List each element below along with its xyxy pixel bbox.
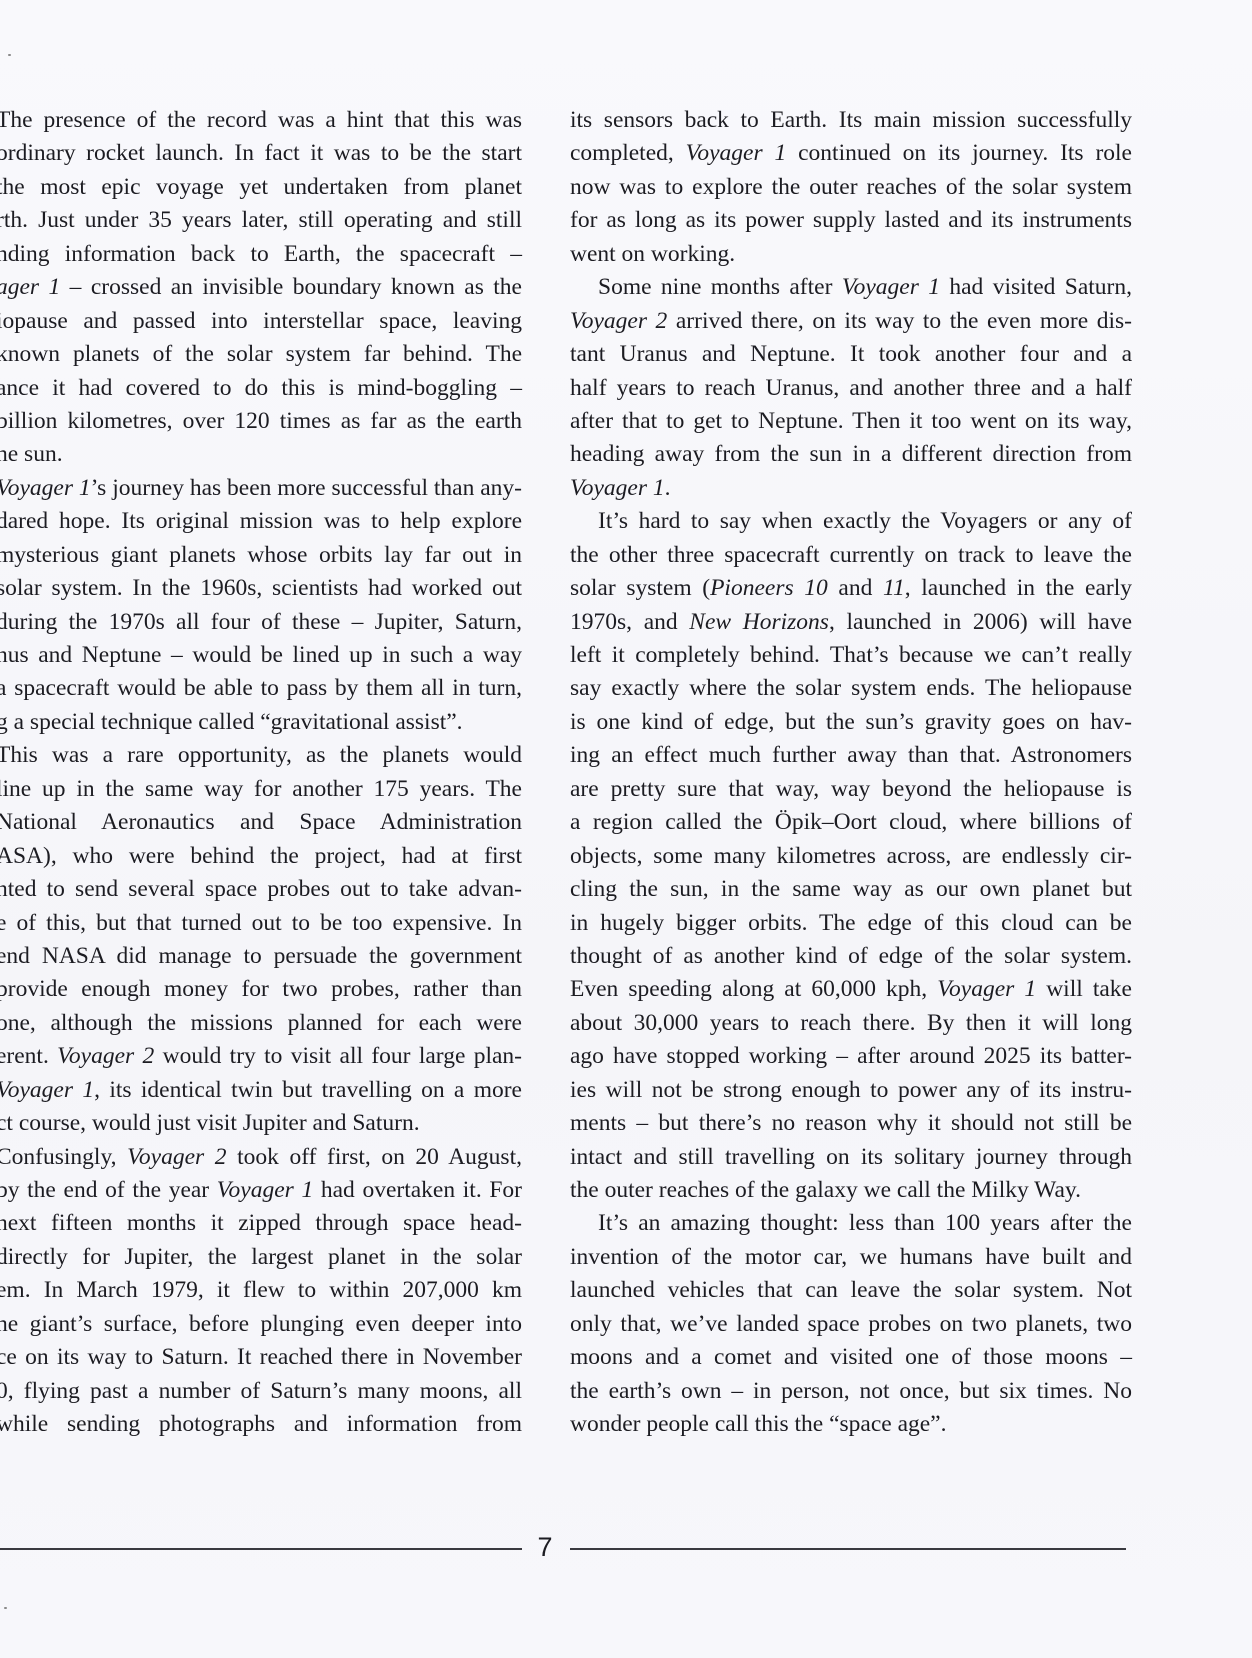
text-line: only that, we’ve landed space probes on … bbox=[570, 1308, 1132, 1341]
text-line: a region called the Öpik–Oort cloud, whe… bbox=[570, 806, 1132, 839]
text-line: left it completely behind. That’s becaus… bbox=[570, 639, 1132, 672]
text-segment: a spacecraft would be able to pass by th… bbox=[0, 675, 522, 701]
text-segment: a region called the Öpik–Oort cloud, whe… bbox=[570, 809, 1132, 835]
text-line: National Aeronautics and Space Administr… bbox=[0, 806, 522, 839]
text-segment: nus and Neptune – would be lined up in s… bbox=[0, 642, 522, 668]
text-segment: , its identical twin but travelling on a… bbox=[94, 1077, 522, 1103]
text-line: mysterious giant planets whose orbits la… bbox=[0, 539, 522, 572]
text-segment: em. In March 1979, it flew to within 207… bbox=[0, 1277, 522, 1303]
text-line: ordinary rocket launch. In fact it was t… bbox=[0, 137, 522, 170]
text-segment: – crossed an invisible boundary known as… bbox=[60, 274, 522, 300]
text-segment: went on working. bbox=[570, 241, 735, 267]
text-line: cling the sun, in the same way as our ow… bbox=[570, 873, 1132, 906]
footer-rule-left bbox=[0, 1548, 522, 1550]
page-number: 7 bbox=[533, 1532, 557, 1562]
text-segment: rth. Just under 35 years later, still op… bbox=[0, 207, 522, 233]
text-line: is one kind of edge, but the sun’s gravi… bbox=[570, 706, 1132, 739]
italic-title: Voyager 1 bbox=[570, 475, 665, 501]
text-segment: 0, flying past a number of Saturn’s many… bbox=[0, 1378, 522, 1404]
text-line: line up in the same way for another 175 … bbox=[0, 773, 522, 806]
text-segment: line up in the same way for another 175 … bbox=[0, 776, 522, 802]
text-segment: end NASA did manage to persuade the gove… bbox=[0, 943, 522, 969]
text-segment: ies will not be strong enough to power a… bbox=[570, 1077, 1132, 1103]
text-line: ance it had covered to do this is mind-b… bbox=[0, 372, 522, 405]
italic-title: New Horizons bbox=[689, 609, 829, 635]
text-segment: mysterious giant planets whose orbits la… bbox=[0, 542, 522, 568]
text-segment: solar system ( bbox=[570, 575, 710, 601]
text-segment: g a special technique called “gravitatio… bbox=[0, 709, 463, 735]
text-line: e of this, but that turned out to be too… bbox=[0, 907, 522, 940]
text-segment: during the 1970s all four of these – Jup… bbox=[0, 609, 522, 635]
text-segment: the most epic voyage yet undertaken from… bbox=[0, 174, 522, 200]
text-segment: intact and still travelling on its solit… bbox=[570, 1144, 1132, 1170]
text-line: Voyager 2 arrived there, on its way to t… bbox=[570, 305, 1132, 338]
text-line: nding information back to Earth, the spa… bbox=[0, 238, 522, 271]
text-segment: the earth’s own – in person, not once, b… bbox=[570, 1378, 1132, 1404]
text-line: It’s an amazing thought: less than 100 y… bbox=[570, 1207, 1132, 1240]
text-line: nted to send several space probes out to… bbox=[0, 873, 522, 906]
scan-speck bbox=[8, 54, 11, 56]
text-line: next fifteen months it zipped through sp… bbox=[0, 1207, 522, 1240]
text-line: now was to explore the outer reaches of … bbox=[570, 171, 1132, 204]
text-segment: Some nine months after bbox=[598, 274, 842, 300]
text-line: directly for Jupiter, the largest planet… bbox=[0, 1241, 522, 1274]
text-line: Voyager 1, its identical twin but travel… bbox=[0, 1074, 522, 1107]
text-segment: , launched in 2006) will have bbox=[829, 609, 1132, 635]
text-line: objects, some many kilometres across, ar… bbox=[570, 840, 1132, 873]
italic-title: Voyager 1 bbox=[937, 976, 1036, 1002]
text-line: 1970s, and New Horizons, launched in 200… bbox=[570, 606, 1132, 639]
text-segment: dared hope. Its original mission was to … bbox=[0, 508, 522, 534]
text-segment: its sensors back to Earth. Its main miss… bbox=[570, 107, 1132, 133]
text-line: Voyager 1. bbox=[570, 472, 1132, 505]
text-line: provide enough money for two probes, rat… bbox=[0, 973, 522, 1006]
text-segment: objects, some many kilometres across, ar… bbox=[570, 843, 1132, 869]
text-segment: , launched in the early bbox=[905, 575, 1132, 601]
text-segment: ance it had covered to do this is mind-b… bbox=[0, 375, 522, 401]
text-line: completed, Voyager 1 continued on its jo… bbox=[570, 137, 1132, 170]
text-segment: . bbox=[665, 475, 671, 501]
text-line: by the end of the year Voyager 1 had ove… bbox=[0, 1174, 522, 1207]
text-segment: about 30,000 years to reach there. By th… bbox=[570, 1010, 1132, 1036]
text-segment: launched vehicles that can leave the sol… bbox=[570, 1277, 1132, 1303]
text-line: are pretty sure that way, way beyond the… bbox=[570, 773, 1132, 806]
text-line: The presence of the record was a hint th… bbox=[0, 104, 522, 137]
text-line: thought of as another kind of edge of th… bbox=[570, 940, 1132, 973]
text-line: the other three spacecraft currently on … bbox=[570, 539, 1132, 572]
text-line: ct course, would just visit Jupiter and … bbox=[0, 1107, 522, 1140]
text-line: for as long as its power supply lasted a… bbox=[570, 204, 1132, 237]
page-footer: 7 bbox=[0, 1534, 1130, 1564]
text-segment: thought of as another kind of edge of th… bbox=[570, 943, 1132, 969]
text-line: say exactly where the solar system ends.… bbox=[570, 672, 1132, 705]
italic-title: ager 1 bbox=[0, 274, 60, 300]
text-line: invention of the motor car, we humans ha… bbox=[570, 1241, 1132, 1274]
text-line: its sensors back to Earth. Its main miss… bbox=[570, 104, 1132, 137]
text-line: ing an effect much further away than tha… bbox=[570, 739, 1132, 772]
italic-title: Pioneers 10 bbox=[710, 575, 828, 601]
text-line: the earth’s own – in person, not once, b… bbox=[570, 1375, 1132, 1408]
italic-title: Voyager 1 bbox=[217, 1177, 313, 1203]
text-line: wonder people call this the “space age”. bbox=[570, 1408, 1132, 1441]
text-line: one, although the missions planned for e… bbox=[0, 1007, 522, 1040]
text-segment: only that, we’ve landed space probes on … bbox=[570, 1311, 1132, 1337]
text-line: about 30,000 years to reach there. By th… bbox=[570, 1007, 1132, 1040]
text-line: This was a rare opportunity, as the plan… bbox=[0, 739, 522, 772]
text-line: solar system. In the 1960s, scientists h… bbox=[0, 572, 522, 605]
text-line: end NASA did manage to persuade the gove… bbox=[0, 940, 522, 973]
text-line: during the 1970s all four of these – Jup… bbox=[0, 606, 522, 639]
text-segment: will take bbox=[1036, 976, 1132, 1002]
text-segment: say exactly where the solar system ends.… bbox=[570, 675, 1132, 701]
text-segment: continued on its journey. Its role bbox=[786, 140, 1132, 166]
text-line: the outer reaches of the galaxy we call … bbox=[570, 1174, 1132, 1207]
text-segment: nted to send several space probes out to… bbox=[0, 876, 522, 902]
italic-title: Voyager 1 bbox=[0, 1077, 94, 1103]
text-line: solar system (Pioneers 10 and 11, launch… bbox=[570, 572, 1132, 605]
text-segment: arrived there, on its way to the even mo… bbox=[667, 308, 1132, 334]
text-line: the most epic voyage yet undertaken from… bbox=[0, 171, 522, 204]
text-line: he giant’s surface, before plunging even… bbox=[0, 1308, 522, 1341]
text-segment: The presence of the record was a hint th… bbox=[0, 107, 522, 133]
text-segment: solar system. In the 1960s, scientists h… bbox=[0, 575, 522, 601]
text-segment: billion kilometres, over 120 times as fa… bbox=[0, 408, 522, 434]
text-segment: wonder people call this the “space age”. bbox=[570, 1411, 946, 1437]
text-segment: he giant’s surface, before plunging even… bbox=[0, 1311, 522, 1337]
text-segment: and bbox=[828, 575, 883, 601]
italic-title: Voyager 1 bbox=[0, 475, 91, 501]
text-segment: while sending photographs and informatio… bbox=[0, 1411, 522, 1437]
text-segment: had visited Saturn, bbox=[940, 274, 1132, 300]
text-segment: National Aeronautics and Space Administr… bbox=[0, 809, 522, 835]
text-line: ASA), who were behind the project, had a… bbox=[0, 840, 522, 873]
text-segment: would try to visit all four large plan- bbox=[154, 1043, 522, 1069]
text-line: ager 1 – crossed an invisible boundary k… bbox=[0, 271, 522, 304]
text-line: launched vehicles that can leave the sol… bbox=[570, 1274, 1132, 1307]
text-line: ce on its way to Saturn. It reached ther… bbox=[0, 1341, 522, 1374]
text-segment: are pretty sure that way, way beyond the… bbox=[570, 776, 1132, 802]
text-segment: Confusingly, bbox=[0, 1144, 127, 1170]
text-segment: half years to reach Uranus, and another … bbox=[570, 375, 1132, 401]
text-segment: ago have stopped working – after around … bbox=[570, 1043, 1132, 1069]
text-segment: now was to explore the outer reaches of … bbox=[570, 174, 1132, 200]
text-line: ies will not be strong enough to power a… bbox=[570, 1074, 1132, 1107]
text-segment: heading away from the sun in a different… bbox=[570, 441, 1132, 467]
text-line: dared hope. Its original mission was to … bbox=[0, 505, 522, 538]
footer-rule-right bbox=[570, 1548, 1126, 1550]
text-segment: after that to get to Neptune. Then it to… bbox=[570, 408, 1132, 434]
text-line: Voyager 1’s journey has been more succes… bbox=[0, 472, 522, 505]
text-line: Some nine months after Voyager 1 had vis… bbox=[570, 271, 1132, 304]
text-segment: erent. bbox=[0, 1043, 57, 1069]
text-segment: the other three spacecraft currently on … bbox=[570, 542, 1132, 568]
text-segment: is one kind of edge, but the sun’s gravi… bbox=[570, 709, 1132, 735]
italic-title: 11 bbox=[883, 575, 905, 601]
text-line: Confusingly, Voyager 2 took off first, o… bbox=[0, 1141, 522, 1174]
text-segment: Even speeding along at 60,000 kph, bbox=[570, 976, 937, 1002]
text-line: a spacecraft would be able to pass by th… bbox=[0, 672, 522, 705]
text-line: after that to get to Neptune. Then it to… bbox=[570, 405, 1132, 438]
text-segment: ing an effect much further away than tha… bbox=[570, 742, 1132, 768]
text-line: rth. Just under 35 years later, still op… bbox=[0, 204, 522, 237]
italic-title: Voyager 1 bbox=[686, 140, 787, 166]
text-segment: took off first, on 20 August, bbox=[227, 1144, 523, 1170]
text-line: known planets of the solar system far be… bbox=[0, 338, 522, 371]
scan-speck bbox=[4, 1607, 7, 1609]
text-segment: e of this, but that turned out to be too… bbox=[0, 910, 522, 936]
text-line: in hugely bigger orbits. The edge of thi… bbox=[570, 907, 1132, 940]
text-segment: It’s an amazing thought: less than 100 y… bbox=[598, 1210, 1132, 1236]
text-line: billion kilometres, over 120 times as fa… bbox=[0, 405, 522, 438]
text-segment: by the end of the year bbox=[0, 1177, 217, 1203]
text-segment: tant Uranus and Neptune. It took another… bbox=[570, 341, 1132, 367]
text-segment: ct course, would just visit Jupiter and … bbox=[0, 1110, 420, 1136]
text-line: moons and a comet and visited one of tho… bbox=[570, 1341, 1132, 1374]
text-segment: the outer reaches of the galaxy we call … bbox=[570, 1177, 1081, 1203]
text-segment: next fifteen months it zipped through sp… bbox=[0, 1210, 522, 1236]
text-line: heading away from the sun in a different… bbox=[570, 438, 1132, 471]
text-segment: invention of the motor car, we humans ha… bbox=[570, 1244, 1132, 1270]
text-segment: ments – but there’s no reason why it sho… bbox=[570, 1110, 1132, 1136]
text-segment: known planets of the solar system far be… bbox=[0, 341, 522, 367]
text-line: nus and Neptune – would be lined up in s… bbox=[0, 639, 522, 672]
italic-title: Voyager 2 bbox=[57, 1043, 154, 1069]
text-segment: one, although the missions planned for e… bbox=[0, 1010, 522, 1036]
text-line: ments – but there’s no reason why it sho… bbox=[570, 1107, 1132, 1140]
text-segment: ce on its way to Saturn. It reached ther… bbox=[0, 1344, 522, 1370]
text-segment: had overtaken it. For bbox=[313, 1177, 522, 1203]
text-line: intact and still travelling on its solit… bbox=[570, 1141, 1132, 1174]
text-segment: iopause and passed into interstellar spa… bbox=[0, 308, 522, 334]
left-text-column: The presence of the record was a hint th… bbox=[0, 104, 522, 1442]
text-line: erent. Voyager 2 would try to visit all … bbox=[0, 1040, 522, 1073]
text-line: went on working. bbox=[570, 238, 1132, 271]
text-line: Even speeding along at 60,000 kph, Voyag… bbox=[570, 973, 1132, 1006]
text-line: 0, flying past a number of Saturn’s many… bbox=[0, 1375, 522, 1408]
text-segment: he sun. bbox=[0, 441, 63, 467]
text-segment: ’s journey has been more successful than… bbox=[91, 475, 522, 501]
text-segment: moons and a comet and visited one of tho… bbox=[570, 1344, 1132, 1370]
text-segment: ASA), who were behind the project, had a… bbox=[0, 843, 522, 869]
text-segment: 1970s, and bbox=[570, 609, 689, 635]
text-segment: This was a rare opportunity, as the plan… bbox=[0, 742, 522, 768]
text-segment: nding information back to Earth, the spa… bbox=[0, 241, 522, 267]
text-line: iopause and passed into interstellar spa… bbox=[0, 305, 522, 338]
text-line: It’s hard to say when exactly the Voyage… bbox=[570, 505, 1132, 538]
text-segment: directly for Jupiter, the largest planet… bbox=[0, 1244, 522, 1270]
text-segment: It’s hard to say when exactly the Voyage… bbox=[598, 508, 1132, 534]
text-segment: completed, bbox=[570, 140, 686, 166]
text-line: he sun. bbox=[0, 438, 522, 471]
text-line: g a special technique called “gravitatio… bbox=[0, 706, 522, 739]
right-text-column: its sensors back to Earth. Its main miss… bbox=[570, 104, 1132, 1442]
text-segment: for as long as its power supply lasted a… bbox=[570, 207, 1132, 233]
italic-title: Voyager 2 bbox=[570, 308, 667, 334]
text-line: em. In March 1979, it flew to within 207… bbox=[0, 1274, 522, 1307]
text-line: half years to reach Uranus, and another … bbox=[570, 372, 1132, 405]
italic-title: Voyager 1 bbox=[842, 274, 940, 300]
text-line: tant Uranus and Neptune. It took another… bbox=[570, 338, 1132, 371]
text-segment: left it completely behind. That’s becaus… bbox=[570, 642, 1132, 668]
text-segment: cling the sun, in the same way as our ow… bbox=[570, 876, 1132, 902]
italic-title: Voyager 2 bbox=[127, 1144, 226, 1170]
text-line: while sending photographs and informatio… bbox=[0, 1408, 522, 1441]
text-line: ago have stopped working – after around … bbox=[570, 1040, 1132, 1073]
text-segment: in hugely bigger orbits. The edge of thi… bbox=[570, 910, 1132, 936]
book-page: The presence of the record was a hint th… bbox=[0, 0, 1252, 1658]
text-segment: ordinary rocket launch. In fact it was t… bbox=[0, 140, 522, 166]
text-segment: provide enough money for two probes, rat… bbox=[0, 976, 522, 1002]
